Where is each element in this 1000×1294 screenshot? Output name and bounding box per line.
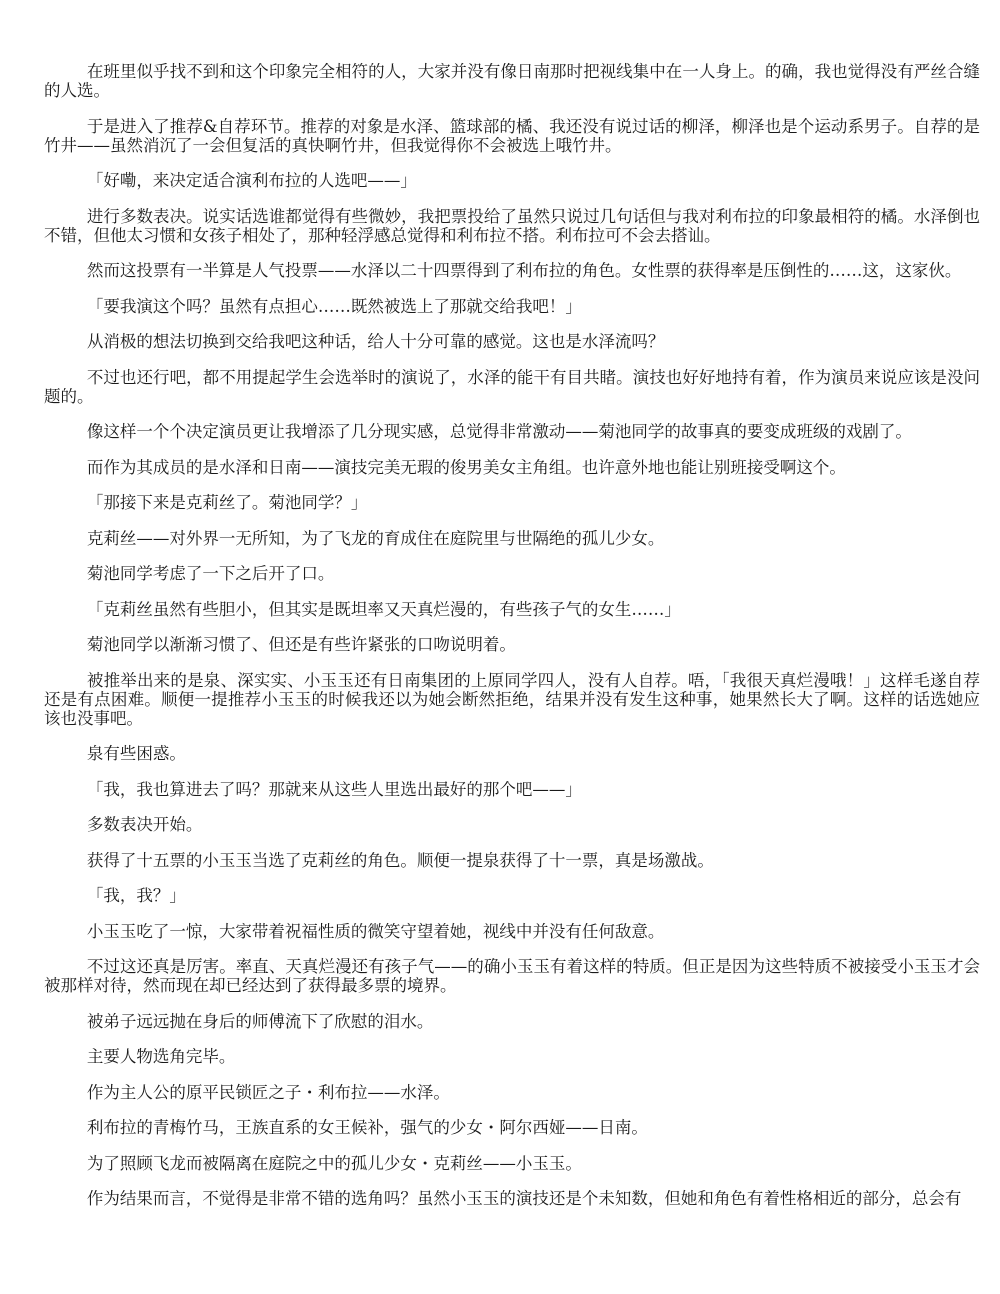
paragraph-2: 于是进入了推荐&自荐环节。推荐的对象是水泽、篮球部的橘、我还没有说过话的柳泽，柳…	[44, 117, 980, 155]
paragraph-15: 菊池同学以渐渐习惯了、但还是有些许紧张的口吻说明着。	[44, 635, 980, 654]
paragraph-7: 从消极的想法切换到交给我吧这种话，给人十分可靠的感觉。这也是水泽流吗？	[44, 332, 980, 351]
paragraph-24: 被弟子远远抛在身后的师傅流下了欣慰的泪水。	[44, 1012, 980, 1031]
paragraph-26: 作为主人公的原平民锁匠之子・利布拉——水泽。	[44, 1083, 980, 1102]
paragraph-12: 克莉丝——对外界一无所知，为了飞龙的育成住在庭院里与世隔绝的孤儿少女。	[44, 529, 980, 548]
paragraph-22: 小玉玉吃了一惊，大家带着祝福性质的微笑守望着她，视线中并没有任何敌意。	[44, 922, 980, 941]
paragraph-16: 被推举出来的是泉、深实实、小玉玉还有日南集团的上原同学四人，没有人自荐。唔，「我…	[44, 671, 980, 728]
paragraph-25: 主要人物选角完毕。	[44, 1047, 980, 1066]
paragraph-9: 像这样一个个决定演员更让我增添了几分现实感，总觉得非常激动——菊池同学的故事真的…	[44, 422, 980, 441]
paragraph-4: 进行多数表决。说实话选谁都觉得有些微妙，我把票投给了虽然只说过几句话但与我对利布…	[44, 207, 980, 245]
paragraph-10: 而作为其成员的是水泽和日南——演技完美无瑕的俊男美女主角组。也许意外地也能让别班…	[44, 458, 980, 477]
paragraph-29: 作为结果而言，不觉得是非常不错的选角吗？虽然小玉玉的演技还是个未知数，但她和角色…	[44, 1189, 980, 1208]
paragraph-17: 泉有些困惑。	[44, 744, 980, 763]
paragraph-3-dialogue: 「好嘞，来决定适合演利布拉的人选吧——」	[44, 171, 980, 190]
novel-page: 在班里似乎找不到和这个印象完全相符的人，大家并没有像日南那时把视线集中在一人身上…	[0, 0, 1000, 1294]
paragraph-6-dialogue: 「要我演这个吗？虽然有点担心……既然被选上了那就交给我吧！」	[44, 297, 980, 316]
paragraph-21-dialogue: 「我，我？」	[44, 886, 980, 905]
paragraph-28: 为了照顾飞龙而被隔离在庭院之中的孤儿少女・克莉丝——小玉玉。	[44, 1154, 980, 1173]
paragraph-11-dialogue: 「那接下来是克莉丝了。菊池同学？」	[44, 493, 980, 512]
paragraph-13: 菊池同学考虑了一下之后开了口。	[44, 564, 980, 583]
paragraph-23: 不过这还真是厉害。率直、天真烂漫还有孩子气——的确小玉玉有着这样的特质。但正是因…	[44, 957, 980, 995]
paragraph-27: 利布拉的青梅竹马，王族直系的女王候补，强气的少女・阿尔西娅——日南。	[44, 1118, 980, 1137]
paragraph-14-dialogue: 「克莉丝虽然有些胆小，但其实是既坦率又天真烂漫的，有些孩子气的女生……」	[44, 600, 980, 619]
paragraph-5: 然而这投票有一半算是人气投票——水泽以二十四票得到了利布拉的角色。女性票的获得率…	[44, 261, 980, 280]
paragraph-18-dialogue: 「我，我也算进去了吗？那就来从这些人里选出最好的那个吧——」	[44, 780, 980, 799]
paragraph-20: 获得了十五票的小玉玉当选了克莉丝的角色。顺便一提泉获得了十一票，真是场激战。	[44, 851, 980, 870]
paragraph-8: 不过也还行吧，都不用提起学生会选举时的演说了，水泽的能干有目共睹。演技也好好地持…	[44, 368, 980, 406]
paragraph-1: 在班里似乎找不到和这个印象完全相符的人，大家并没有像日南那时把视线集中在一人身上…	[44, 62, 980, 100]
paragraph-19: 多数表决开始。	[44, 815, 980, 834]
